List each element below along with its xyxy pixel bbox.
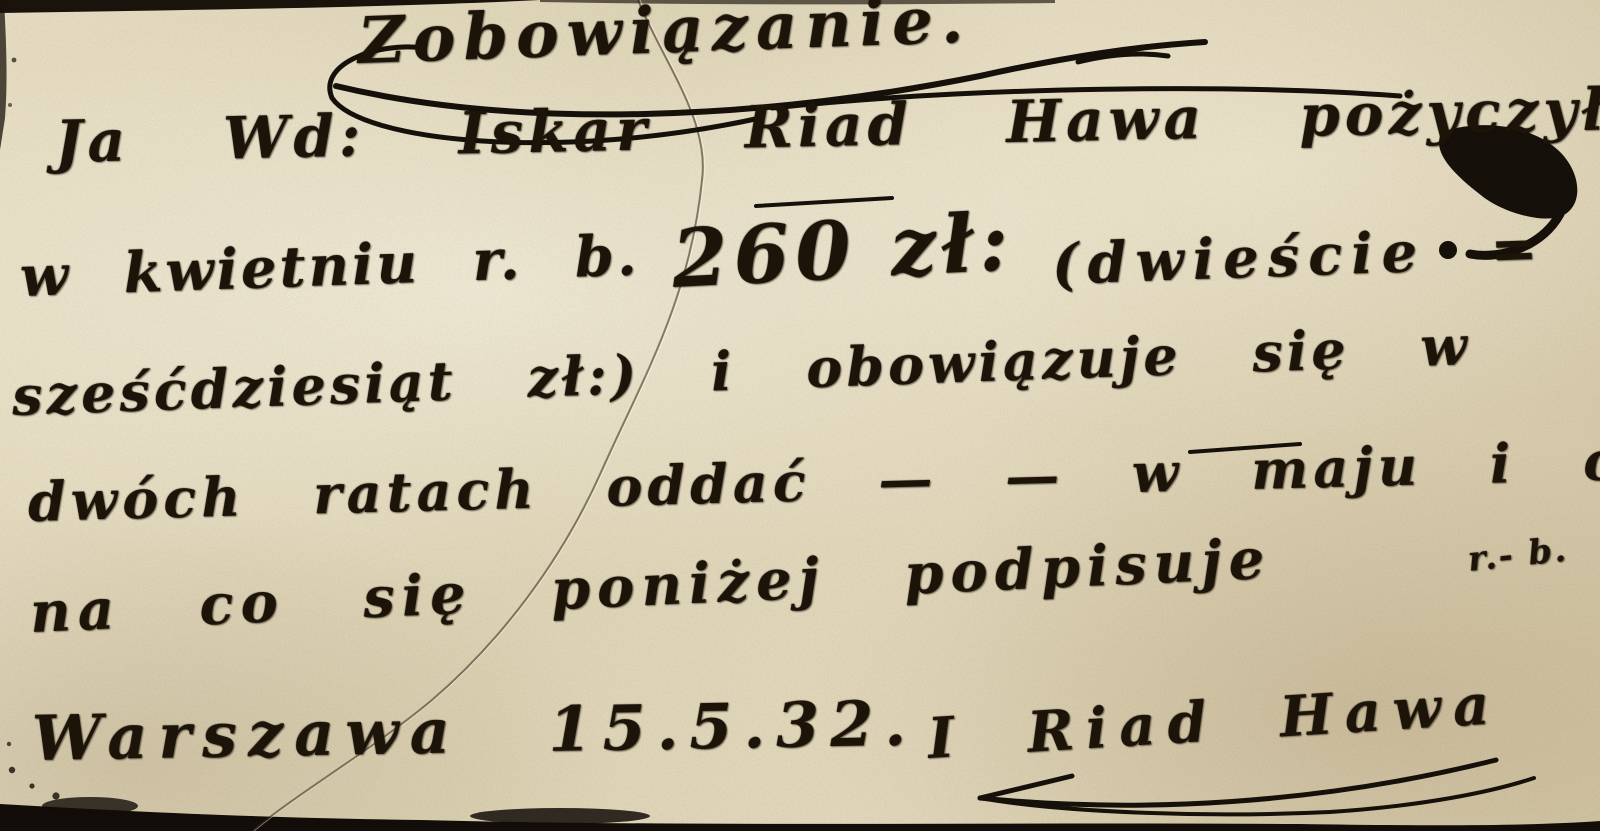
body-line-3: sześćdziesiąt zł:) i obowiązuje się w [11, 313, 1472, 428]
body-line-1: Ja Wd: Iskar Riad Hawa pożyczył [54, 75, 1600, 176]
body-line-2-suffix: (dwieście = [1051, 215, 1548, 298]
margin-note-rb: r.- b. [1466, 530, 1570, 580]
body-line-5: na co się poniżej podpisuje [29, 526, 1273, 646]
signature-flourish [980, 760, 1534, 814]
body-line-2-prefix: w kwietniu r. b. [19, 222, 641, 310]
place-date: Warszawa 15.5.32. [31, 687, 917, 775]
amount-value: 260 zł: [670, 194, 1017, 306]
scanned-handwritten-note: Zobowiązanie. Ja Wd: Iskar Riad Hawa poż… [0, 0, 1600, 831]
signature: I Riad Hawa [926, 671, 1503, 772]
body-line-4: dwóch ratach oddać — — w maju i czerw [27, 424, 1600, 534]
document-title: Zobowiązanie. [357, 0, 973, 79]
